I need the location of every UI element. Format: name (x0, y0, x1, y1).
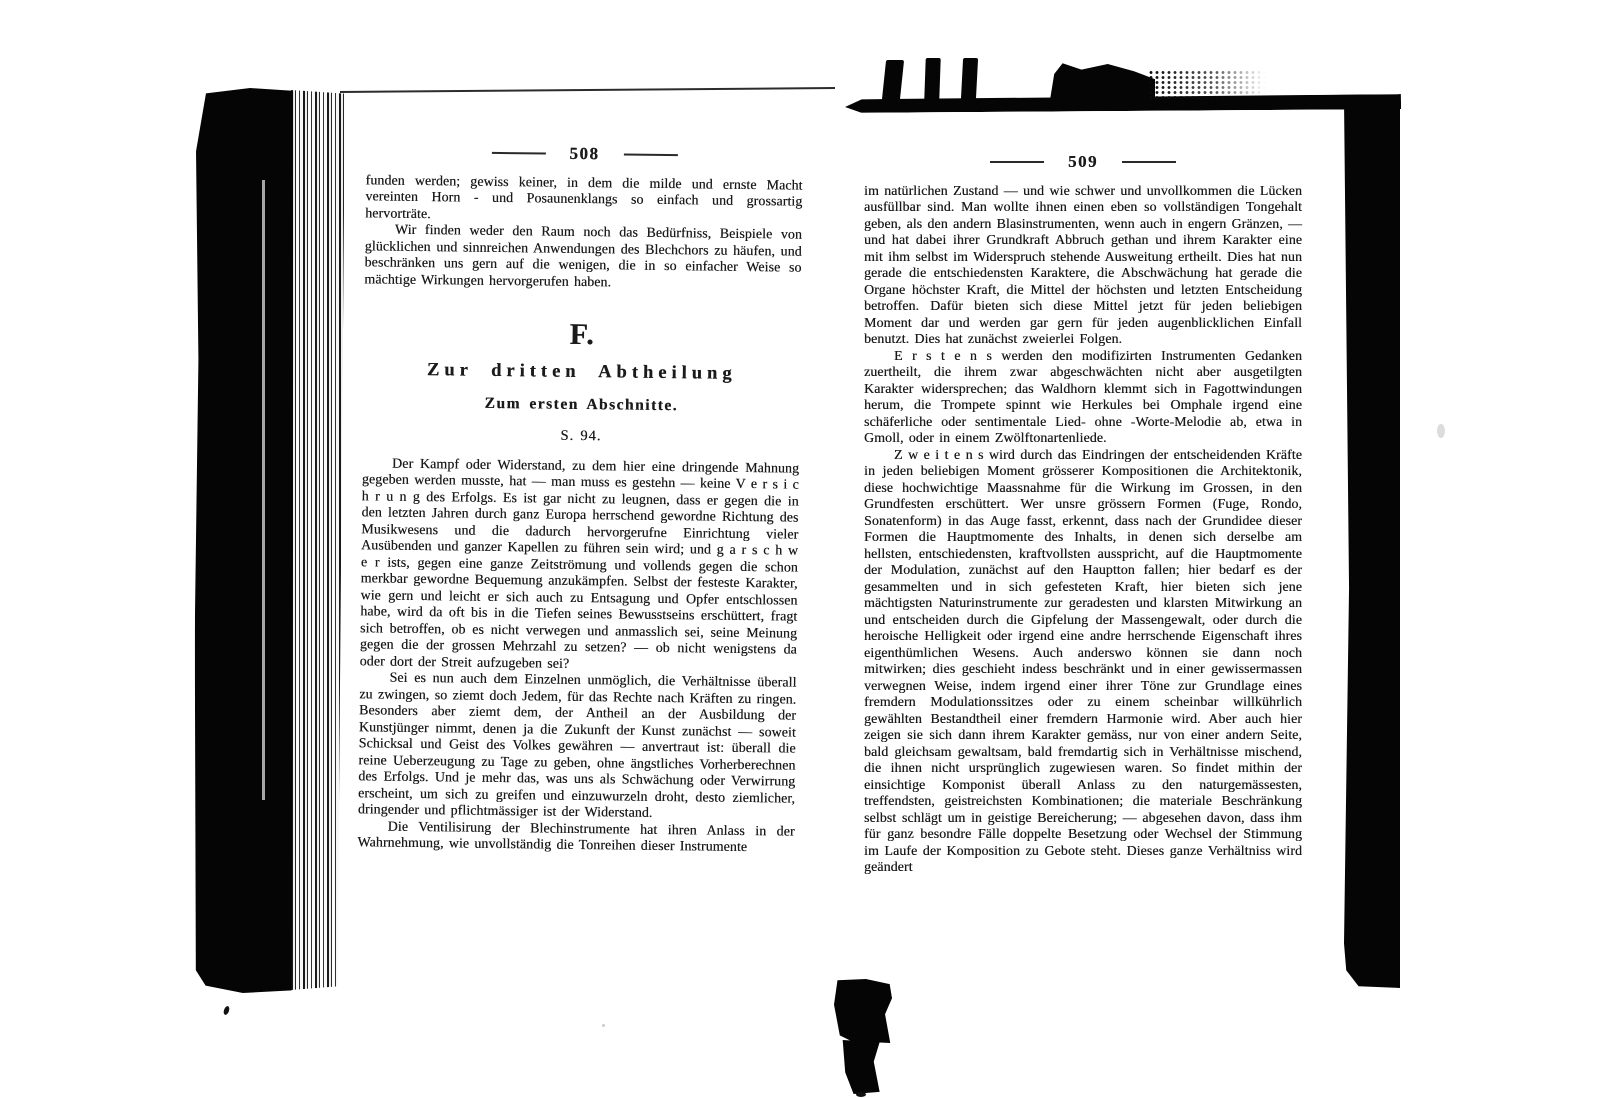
right-page-number: 509 (1068, 154, 1098, 171)
book-scan: 508 funden werden; gewiss keiner, in dem… (0, 0, 1600, 1098)
right-page-header: 509 (864, 154, 1302, 171)
section-page-reference: S. 94. (362, 425, 799, 447)
binding-tab-mark-3 (961, 58, 978, 100)
paragraph: Sei es nun auch dem Einzelnen unmöglich,… (358, 670, 797, 824)
ink-speck-3 (1437, 424, 1445, 438)
paragraph-continuation: im natürlichen Zustand — und wie schwer … (864, 184, 1302, 349)
header-rule-right (623, 154, 677, 157)
spine-blob-bottom-upper (834, 979, 892, 1043)
binding-tab-mark-1 (882, 60, 904, 100)
section-letter-heading: F. (364, 315, 801, 353)
left-page-number: 508 (569, 146, 599, 163)
right-page: 509 im natürlichen Zustand — und wie sch… (864, 154, 1302, 877)
paragraph: Z w e i t e n s wird durch das Eindringe… (864, 448, 1302, 877)
header-rule-left (990, 161, 1044, 163)
ink-speck-4 (602, 1024, 605, 1027)
header-rule-left (491, 152, 545, 155)
paragraph: Der Kampf oder Widerstand, zu dem hier e… (360, 456, 800, 676)
header-rule-right (1122, 161, 1176, 163)
ink-speckle-top (1148, 70, 1266, 100)
book-left-edge-artifact (194, 88, 294, 993)
paragraph: Wir finden weder den Raum noch das Bedür… (364, 222, 802, 293)
ink-speck-2 (856, 1092, 866, 1097)
left-page-top-edge-line (340, 87, 835, 93)
binding-tab-mark-2 (924, 58, 940, 100)
page-edge-gap-line (262, 180, 265, 800)
paragraph: Die Ventilisirung der Blechinstrumente h… (357, 819, 794, 857)
spine-blob-bottom-lower (841, 1040, 883, 1094)
paragraph-continuation: funden werden; gewiss keiner, in dem die… (365, 173, 803, 228)
section-subtitle: Zum ersten Abschnitte. (363, 394, 800, 416)
section-title: Zur dritten Abtheilung (363, 361, 800, 383)
ink-blob-top (1050, 60, 1155, 100)
book-right-edge-artifact (1344, 99, 1400, 988)
left-page-header: 508 (366, 143, 803, 165)
book-page-edges-texture (291, 90, 345, 990)
left-page: 508 funden werden; gewiss keiner, in dem… (357, 143, 803, 857)
ink-speck-1 (223, 1005, 231, 1015)
paragraph: E r s t e n s werden den modifizirten In… (864, 349, 1302, 448)
